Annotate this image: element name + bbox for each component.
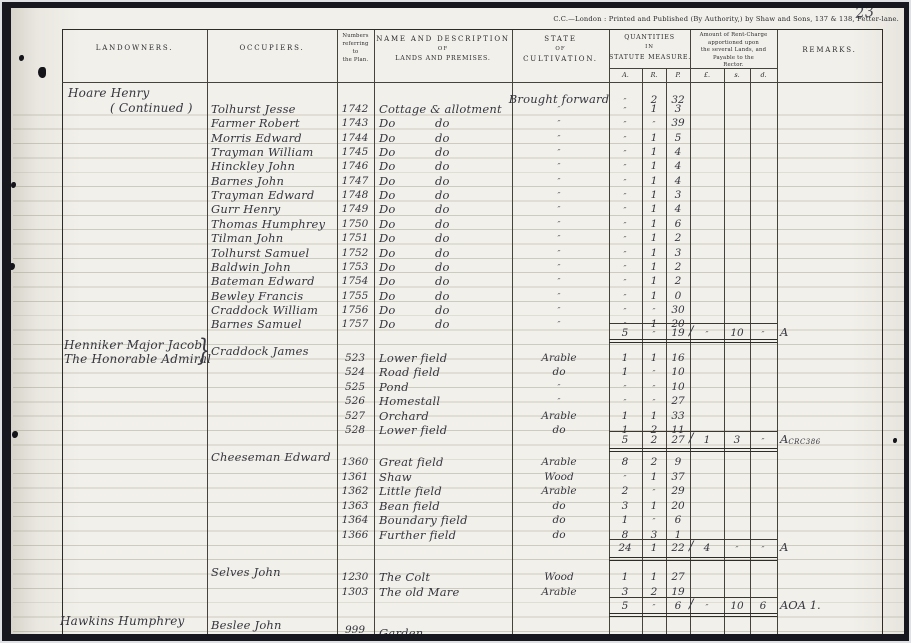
brought-forward-label: Brought forward — [509, 92, 610, 106]
table-grid-line — [337, 29, 338, 638]
cultivation-state: do — [552, 366, 565, 378]
land-description: Great field — [379, 455, 444, 469]
quantity-acres: ″ — [624, 120, 627, 129]
occupier-name: Selves John — [211, 565, 281, 579]
quantity-roods: 2 — [651, 586, 658, 598]
plan-number: 1748 — [342, 189, 369, 201]
quantity-roods: 1 — [651, 160, 658, 172]
total-pounds: 4 — [704, 542, 711, 554]
col-header-plan-line4: the Plan. — [337, 57, 374, 63]
scan-frame-right — [904, 2, 909, 643]
plan-number: 1757 — [342, 318, 369, 330]
total-divider-slash: / — [689, 539, 693, 554]
quantity-roods: 1 — [651, 203, 658, 215]
total-perches: 27 — [671, 434, 684, 446]
land-description: Boundary field — [379, 513, 468, 527]
col-header-description-line2: OF — [374, 46, 512, 52]
total-pence: ″ — [762, 545, 765, 554]
cultivation-state: ″ — [558, 105, 561, 114]
landowner-name: Hoare Henry — [68, 86, 150, 100]
land-description: Little field — [379, 484, 442, 498]
plan-number: 1749 — [342, 203, 369, 215]
quantity-acres: ″ — [624, 235, 627, 244]
quantity-acres: ″ — [624, 163, 627, 172]
quantity-perches: 16 — [671, 352, 684, 364]
quantity-roods: 1 — [651, 189, 658, 201]
plan-number: 1747 — [342, 175, 369, 187]
cultivation-state: ″ — [558, 191, 561, 200]
total-pence: ″ — [762, 437, 765, 446]
total-shillings: 10 — [730, 600, 743, 612]
plan-number: 1750 — [342, 218, 369, 230]
plan-number: 528 — [345, 424, 365, 436]
quantity-acres: ″ — [624, 106, 627, 115]
landowner-name: The Honorable Admiral — [64, 352, 211, 366]
quantity-roods: 1 — [651, 175, 658, 187]
quantity-acres: ″ — [624, 474, 627, 483]
plan-number: 1753 — [342, 261, 369, 273]
col-header-plan-line1: Numbers — [337, 33, 374, 39]
quantity-acres: 1 — [622, 410, 629, 422]
plan-number: 1362 — [342, 485, 369, 497]
table-grid-line — [62, 29, 882, 30]
plan-number: 1366 — [342, 529, 369, 541]
quantity-roods: 1 — [651, 290, 658, 302]
quantity-roods: 1 — [651, 218, 658, 230]
quantity-roods: ″ — [653, 307, 656, 316]
plan-number: 1746 — [342, 160, 369, 172]
occupier-name: Tolhurst Jesse — [211, 102, 296, 116]
unit-shillings: s. — [724, 71, 750, 79]
quantity-roods: 1 — [651, 232, 658, 244]
cultivation-state: ″ — [558, 320, 561, 329]
quantity-roods: ″ — [653, 120, 656, 129]
quantity-acres: ″ — [624, 264, 627, 273]
quantity-perches: 29 — [671, 485, 684, 497]
quantity-acres: ″ — [624, 135, 627, 144]
plan-number: 1744 — [342, 132, 369, 144]
unit-pence: d. — [750, 71, 777, 79]
quantity-roods: 1 — [651, 247, 658, 259]
land-description: Lower field — [379, 423, 447, 437]
landowner-name: Hawkins Humphrey — [60, 614, 185, 628]
quantity-perches: 33 — [671, 410, 684, 422]
occupier-name: Baldwin John — [211, 260, 291, 274]
quantity-perches: 10 — [671, 381, 684, 393]
land-description-ditto: do — [435, 131, 450, 145]
col-header-rent-line4: Payable to the — [690, 55, 777, 61]
plan-number: 526 — [345, 395, 365, 407]
total-perches: 19 — [671, 327, 684, 339]
quantity-roods: 1 — [651, 352, 658, 364]
plan-number: 1230 — [342, 571, 369, 583]
table-grid-line — [609, 29, 610, 638]
land-description: Do — [379, 217, 396, 231]
plan-number: 1360 — [342, 456, 369, 468]
land-description: Do — [379, 317, 396, 331]
total-pounds: ″ — [706, 330, 709, 339]
quantity-acres: ″ — [624, 398, 627, 407]
quantity-perches: 3 — [675, 189, 682, 201]
total-roods: ″ — [653, 330, 656, 339]
col-header-description-line1: NAME AND DESCRIPTION — [374, 35, 512, 43]
cultivation-state: ″ — [558, 306, 561, 315]
land-description: Road field — [379, 365, 440, 379]
occupier-name: Beslee John — [211, 618, 282, 632]
total-double-rule — [609, 613, 777, 617]
land-description-ditto: do — [435, 159, 450, 173]
landowner-brace: } — [197, 333, 210, 368]
quantity-roods: 1 — [651, 132, 658, 144]
printer-imprint: C.C.—London : Printed and Published (By … — [553, 15, 899, 23]
cultivation-state: do — [552, 529, 565, 541]
col-header-cultivation-line3: CULTIVATION. — [512, 55, 609, 63]
land-description-ditto: do — [435, 317, 450, 331]
quantity-perches: 27 — [671, 395, 684, 407]
quantity-roods: ″ — [653, 369, 656, 378]
occupier-name: Bewley Francis — [211, 289, 303, 303]
scanned-ledger-page: 23 C.C.—London : Printed and Published (… — [0, 0, 911, 643]
quantity-perches: 0 — [675, 290, 682, 302]
quantity-roods: 1 — [651, 103, 658, 115]
quantity-perches: 4 — [675, 203, 682, 215]
land-description: Do — [379, 159, 396, 173]
table-grid-line — [609, 68, 777, 69]
cultivation-state: Arable — [541, 410, 576, 422]
total-perches: 6 — [675, 600, 682, 612]
land-description: Do — [379, 231, 396, 245]
quantity-acres: 8 — [622, 456, 629, 468]
cultivation-state: Arable — [541, 456, 576, 468]
quantity-perches: 3 — [675, 247, 682, 259]
land-description: Shaw — [379, 470, 412, 484]
quantity-perches: 4 — [675, 175, 682, 187]
quantity-perches: 37 — [671, 471, 684, 483]
cultivation-state: do — [552, 500, 565, 512]
land-description: Cottage & allotment — [379, 102, 502, 116]
land-description-ditto: do — [435, 274, 450, 288]
quantity-perches: 2 — [675, 275, 682, 287]
land-description: Do — [379, 246, 396, 260]
plan-number: 525 — [345, 381, 365, 393]
quantity-roods: 1 — [651, 261, 658, 273]
landowner-name: ( Continued ) — [110, 101, 193, 115]
land-description-ditto: do — [435, 145, 450, 159]
plan-number: 1303 — [342, 586, 369, 598]
land-description-ditto: do — [435, 217, 450, 231]
quantity-perches: 2 — [675, 261, 682, 273]
occupier-name: Craddock William — [211, 303, 318, 317]
cultivation-state: ″ — [558, 220, 561, 229]
col-header-occupiers: OCCUPIERS. — [207, 44, 337, 52]
cultivation-state: ″ — [558, 177, 561, 186]
quantity-perches: 4 — [675, 160, 682, 172]
quantity-perches: 39 — [671, 117, 684, 129]
land-description-ditto: do — [435, 289, 450, 303]
total-acres: 24 — [618, 542, 631, 554]
land-description: Do — [379, 145, 396, 159]
plan-number: 1752 — [342, 247, 369, 259]
total-acres: 5 — [622, 434, 629, 446]
occupier-name: Trayman William — [211, 145, 313, 159]
quantity-acres: ″ — [624, 192, 627, 201]
cultivation-state: Arable — [541, 485, 576, 497]
land-description: Orchard — [379, 409, 429, 423]
quantity-perches: 10 — [671, 366, 684, 378]
quantity-perches: 20 — [671, 500, 684, 512]
land-description-ditto: do — [435, 116, 450, 130]
table-grid-line — [750, 68, 751, 638]
cultivation-state: ″ — [558, 383, 561, 392]
land-description: The Colt — [379, 570, 430, 584]
quantity-acres: ″ — [624, 384, 627, 393]
occupier-name: Barnes Samuel — [211, 317, 302, 331]
cultivation-state: Wood — [544, 571, 573, 583]
cultivation-state: ″ — [558, 397, 561, 406]
cultivation-state: ″ — [558, 162, 561, 171]
cultivation-state: Arable — [541, 352, 576, 364]
plan-number: 527 — [345, 410, 365, 422]
quantity-acres: ″ — [624, 97, 627, 106]
plan-number: 1742 — [342, 103, 369, 115]
remark-note: A — [780, 540, 788, 554]
cultivation-state: do — [552, 424, 565, 436]
table-grid-line — [666, 68, 667, 638]
total-divider-slash: / — [689, 324, 693, 339]
col-header-remarks: REMARKS. — [777, 46, 882, 54]
land-description-ditto: do — [435, 303, 450, 317]
remark-code: CRC386 — [788, 438, 820, 446]
quantity-acres: ″ — [624, 206, 627, 215]
total-divider-slash: / — [689, 597, 693, 612]
occupier-name: Morris Edward — [211, 131, 302, 145]
quantity-perches: 6 — [675, 514, 682, 526]
total-roods: ″ — [653, 603, 656, 612]
plan-number: 1754 — [342, 275, 369, 287]
col-header-quantities-line1: QUANTITIES — [609, 34, 690, 41]
cultivation-state: ″ — [558, 263, 561, 272]
land-description: Do — [379, 174, 396, 188]
quantity-perches: 9 — [675, 456, 682, 468]
plan-number: 1755 — [342, 290, 369, 302]
scan-frame-bottom — [2, 634, 911, 641]
quantity-acres: 1 — [622, 514, 629, 526]
quantity-roods: ″ — [653, 384, 656, 393]
col-header-plan-line3: to — [337, 49, 374, 55]
land-description: Bean field — [379, 499, 440, 513]
table-grid-line — [62, 82, 882, 83]
remark-note: AOA 1. — [780, 598, 821, 612]
plan-number: 1363 — [342, 500, 369, 512]
total-divider-slash: / — [689, 431, 693, 446]
land-description-ditto: do — [435, 174, 450, 188]
col-header-quantities-line2: IN — [609, 44, 690, 50]
quantity-perches: 4 — [675, 146, 682, 158]
quantity-acres: 3 — [622, 500, 629, 512]
quantity-acres: ″ — [624, 307, 627, 316]
col-header-landowners: LANDOWNERS. — [62, 44, 207, 52]
total-pence: ″ — [762, 330, 765, 339]
col-header-rent-line3: the several Lands, and — [690, 47, 777, 53]
scan-frame-left — [2, 2, 11, 643]
col-header-description-line3: LANDS AND PREMISES. — [374, 55, 512, 62]
occupier-name: Trayman Edward — [211, 188, 314, 202]
quantity-acres: 2 — [622, 485, 629, 497]
cultivation-state: ″ — [558, 205, 561, 214]
table-grid-line — [642, 68, 643, 638]
quantity-perches: 2 — [675, 232, 682, 244]
total-pence: 6 — [760, 600, 767, 612]
total-shillings: 10 — [730, 327, 743, 339]
land-description: Pond — [379, 380, 409, 394]
land-description-ditto: do — [435, 231, 450, 245]
quantity-roods: ″ — [653, 517, 656, 526]
remark-note: ACRC386 — [780, 432, 821, 446]
quantity-acres: ″ — [624, 250, 627, 259]
total-double-rule — [609, 339, 777, 343]
plan-number: 1756 — [342, 304, 369, 316]
occupier-name: Bateman Edward — [211, 274, 315, 288]
table-grid-line — [724, 68, 725, 638]
unit-acres: A. — [609, 71, 642, 79]
unit-perches: P. — [666, 71, 690, 79]
col-header-cultivation-line2: OF — [512, 46, 609, 52]
quantity-roods: 1 — [651, 275, 658, 287]
occupier-name: Barnes John — [211, 174, 284, 188]
land-description: Homestall — [379, 394, 440, 408]
plan-number: 1743 — [342, 117, 369, 129]
quantity-perches: 3 — [675, 103, 682, 115]
total-pounds: ″ — [706, 603, 709, 612]
cultivation-state: Wood — [544, 471, 573, 483]
quantity-acres: ″ — [624, 178, 627, 187]
land-description: Do — [379, 202, 396, 216]
land-description: Lower field — [379, 351, 447, 365]
cultivation-state: ″ — [558, 134, 561, 143]
plan-number: 523 — [345, 352, 365, 364]
occupier-name: Tilman John — [211, 231, 283, 245]
occupier-name: Gurr Henry — [211, 202, 280, 216]
col-header-rent-line1: Amount of Rent-Charge — [690, 32, 777, 38]
land-description: Do — [379, 188, 396, 202]
plan-number: 1745 — [342, 146, 369, 158]
land-description: Do — [379, 260, 396, 274]
landowner-name: Henniker Major Jacob — [64, 338, 202, 352]
land-description-ditto: do — [435, 260, 450, 274]
land-description-ditto: do — [435, 202, 450, 216]
table-grid-line — [512, 29, 513, 638]
quantity-roods: 1 — [651, 571, 658, 583]
quantity-acres: 1 — [622, 366, 629, 378]
quantity-perches: 6 — [675, 218, 682, 230]
quantity-perches: 19 — [671, 586, 684, 598]
quantity-acres: 3 — [622, 586, 629, 598]
col-header-plan-line2: referring — [337, 41, 374, 47]
occupier-name: Tolhurst Samuel — [211, 246, 309, 260]
col-header-quantities-line3: STATUTE MEASURE. — [609, 54, 690, 61]
total-acres: 5 — [622, 600, 629, 612]
quantity-acres: ″ — [624, 278, 627, 287]
total-acres: 5 — [622, 327, 629, 339]
occupier-name: Craddock James — [211, 344, 309, 358]
quantity-roods: 1 — [651, 500, 658, 512]
quantity-roods: 1 — [651, 410, 658, 422]
total-double-rule — [609, 448, 777, 452]
plan-number: 1361 — [342, 471, 369, 483]
total-perches: 22 — [671, 542, 684, 554]
unit-pounds: £. — [690, 71, 724, 79]
occupier-name: Farmer Robert — [211, 116, 300, 130]
total-roods: 1 — [651, 542, 658, 554]
cultivation-state: ″ — [558, 277, 561, 286]
binding-hole — [38, 67, 46, 78]
col-header-rent-line2: apportioned upon — [690, 40, 777, 46]
land-description: Do — [379, 274, 396, 288]
plan-number: 524 — [345, 366, 365, 378]
land-description: Do — [379, 289, 396, 303]
plan-number: 1364 — [342, 514, 369, 526]
table-grid-line — [882, 29, 883, 638]
quantity-acres: 1 — [622, 571, 629, 583]
total-shillings: 3 — [734, 434, 741, 446]
quantity-perches: 30 — [671, 304, 684, 316]
cultivation-state: ″ — [558, 249, 561, 258]
quantity-acres: ″ — [624, 221, 627, 230]
total-roods: 2 — [651, 434, 658, 446]
quantity-roods: 2 — [651, 456, 658, 468]
cultivation-state: Arable — [541, 586, 576, 598]
occupier-name: Thomas Humphrey — [211, 217, 325, 231]
col-header-cultivation-line1: STATE — [512, 35, 609, 43]
remark-note: A — [780, 325, 788, 339]
quantity-roods: ″ — [653, 488, 656, 497]
quantity-roods: ″ — [653, 398, 656, 407]
table-grid-line — [374, 29, 375, 638]
total-double-rule — [609, 557, 777, 561]
unit-roods: R. — [642, 71, 666, 79]
quantity-acres: 1 — [622, 352, 629, 364]
table-grid-line — [62, 29, 63, 638]
scan-frame-top — [2, 2, 911, 8]
occupier-name: Hinckley John — [211, 159, 295, 173]
plan-number: 1751 — [342, 232, 369, 244]
total-shillings: ″ — [736, 545, 739, 554]
quantity-acres: ″ — [624, 293, 627, 302]
land-description-ditto: do — [435, 246, 450, 260]
quantity-roods: 1 — [651, 471, 658, 483]
quantity-roods: 1 — [651, 318, 658, 330]
quantity-perches: 27 — [671, 571, 684, 583]
occupier-name: Cheeseman Edward — [211, 450, 331, 464]
land-description: Further field — [379, 528, 456, 542]
land-description: The old Mare — [379, 585, 460, 599]
quantity-perches: 5 — [675, 132, 682, 144]
quantity-roods: 1 — [651, 146, 658, 158]
cultivation-state: ″ — [558, 234, 561, 243]
cultivation-state: do — [552, 514, 565, 526]
cultivation-state: ″ — [558, 148, 561, 157]
land-description: Do — [379, 116, 396, 130]
cultivation-state: ″ — [558, 292, 561, 301]
table-grid-line — [777, 29, 778, 638]
cultivation-state: ″ — [558, 119, 561, 128]
land-description: Do — [379, 303, 396, 317]
quantity-acres: ″ — [624, 149, 627, 158]
land-description: Do — [379, 131, 396, 145]
total-pounds: 1 — [704, 434, 711, 446]
land-description-ditto: do — [435, 188, 450, 202]
